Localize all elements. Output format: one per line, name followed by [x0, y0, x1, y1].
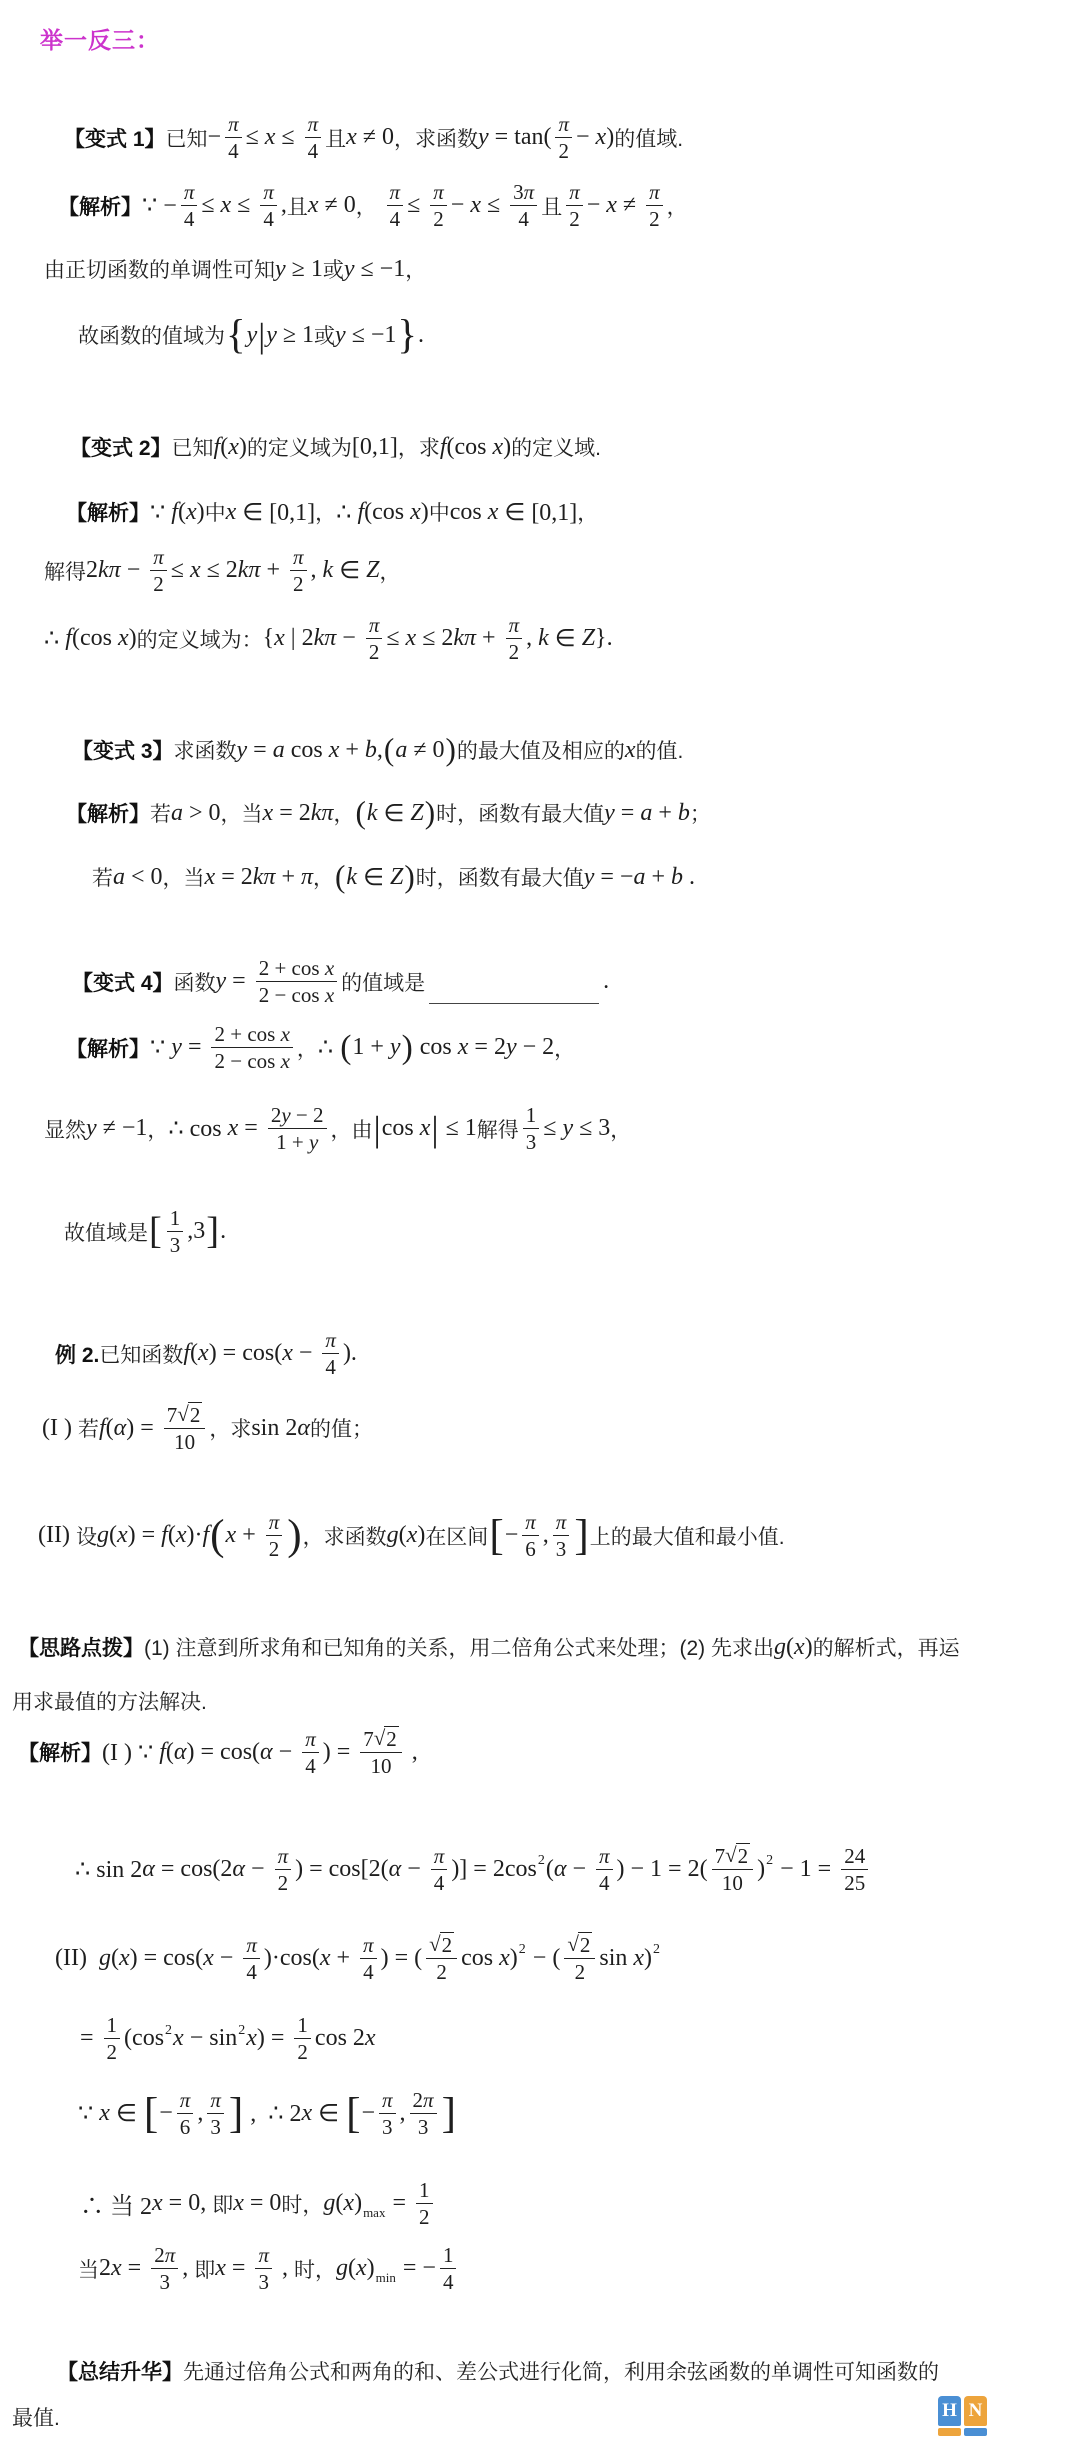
example2-solution-4: = 12(cos2x − sin2x) = 12cos 2x: [80, 2013, 376, 2064]
worksheet-page: 举一反三： 【变式 1】已知−π4≤ x ≤ π4且x ≠ 0，求函数y = t…: [0, 0, 1080, 2447]
variant4-problem: 【变式 4】函数y = 2 + cos x2 − cos x的值域是.: [72, 956, 609, 1007]
hn-watermark-logo: H N: [938, 2396, 987, 2436]
logo-left-column: H: [938, 2396, 961, 2436]
variant1-solution-1: 【解析】∵ −π4≤ x ≤ π4,且x ≠ 0， π4≤ π2− x ≤ 3π…: [58, 180, 688, 231]
logo-letter-n: N: [964, 2396, 987, 2426]
page-title: 举一反三：: [40, 22, 160, 55]
example2-part1: (I ) 若f(α) = 7√210，求sin 2α的值；: [42, 1402, 373, 1454]
variant3-solution-1: 【解析】若a > 0，当x = 2kπ，(k ∈ Z)时，函数有最大值y = a…: [66, 798, 711, 828]
example2-solution-6: ∴ 当 2x = 0, 即x = 0时，g(x)max = 12: [80, 2178, 437, 2229]
example2-solution-2: ∴ sin 2α = cos(2α − π2) = cos[2(α − π4)]…: [75, 1843, 872, 1895]
variant4-solution-1: 【解析】∵ y = 2 + cos x2 − cos x，∴ (1 + y) c…: [66, 1022, 575, 1073]
hint-line-1: 【思路点拨】(1) 注意到所求角和已知角的关系，用二倍角公式来处理；(2) 先求…: [18, 1632, 960, 1662]
variant2-problem: 【变式 2】已知f(x)的定义域为[0,1]，求f(cos x)的定义域.: [70, 432, 601, 462]
example2-solution-5: ∵ x ∈ [−π6,π3] , ∴ 2x ∈ [−π3,2π3]: [78, 2088, 457, 2139]
variant3-solution-2: 若a < 0，当x = 2kπ + π，(k ∈ Z)时，函数有最大值y = −…: [92, 862, 695, 892]
logo-right-column: N: [964, 2396, 987, 2436]
variant2-solution-1: 【解析】∵ f(x)中x ∈ [0,1]，∴ f(cos x)中cos x ∈ …: [66, 497, 598, 527]
variant1-problem: 【变式 1】已知−π4≤ x ≤ π4且x ≠ 0，求函数y = tan(π2−…: [64, 112, 683, 163]
variant1-solution-3: 故函数的值域为{y|y ≥ 1或y ≤ −1}.: [78, 316, 424, 355]
logo-letter-h: H: [938, 2396, 961, 2426]
example2-solution-1: 【解析】(I ) ∵ f(α) = cos(α − π4) = 7√210 ,: [18, 1726, 418, 1778]
example2-solution-3: (II) g(x) = cos(x − π4)·cos(x + π4) = (√…: [55, 1932, 661, 1984]
hint-line-2: 用求最值的方法解决.: [12, 1686, 207, 1716]
variant1-solution-2: 由正切函数的单调性可知y ≥ 1或y ≤ −1，: [44, 254, 426, 284]
variant2-solution-2: 解得2kπ − π2≤ x ≤ 2kπ + π2, k ∈ Z，: [44, 545, 400, 596]
logo-bar-blue: [964, 2428, 987, 2436]
variant4-solution-3: 故值域是[13,3].: [64, 1206, 226, 1257]
summary-line-1: 【总结升华】先通过倍角公式和两角的和、差公式进行化简，利用余弦函数的单调性可知函…: [57, 2356, 939, 2386]
summary-line-2: 最值.: [12, 2402, 60, 2432]
example2-part2: (II) 设g(x) = f(x)·f(x + π2)，求函数g(x)在区间[−…: [38, 1510, 785, 1561]
example2-problem: 例 2.已知函数f(x) = cos(x − π4).: [55, 1328, 357, 1379]
variant3-problem: 【变式 3】求函数y = a cos x + b,(a ≠ 0)的最大值及相应的…: [72, 735, 683, 765]
variant4-solution-2: 显然y ≠ −1，∴ cos x = 2y − 21 + y，由|cos x| …: [44, 1103, 631, 1154]
variant2-solution-3: ∴ f(cos x)的定义域为：{x | 2kπ − π2≤ x ≤ 2kπ +…: [44, 613, 613, 664]
logo-bar-orange: [938, 2428, 961, 2436]
example2-solution-7: 当2x = 2π3, 即x = π3 , 时，g(x)min = −14: [78, 2243, 460, 2294]
